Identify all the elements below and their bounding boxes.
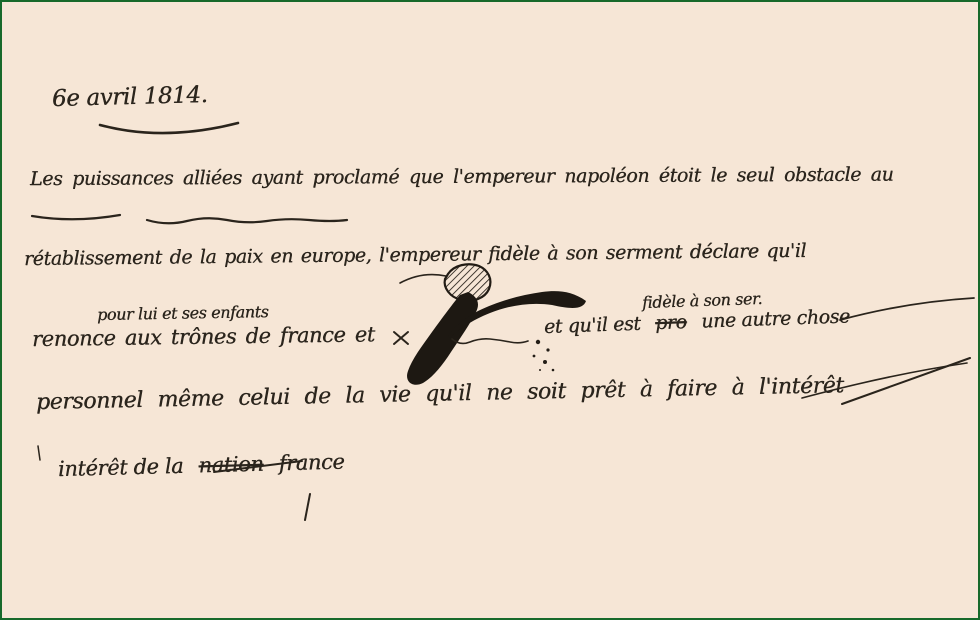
pen-tick xyxy=(38,446,40,460)
manuscript-line-2: rétablissement de la paix en europe, l'e… xyxy=(24,240,806,270)
france-descender xyxy=(305,494,310,520)
x-pen-mark xyxy=(394,332,408,344)
date-line: 6e avril 1814. xyxy=(52,82,208,112)
manuscript-page: 6e avril 1814. Les puissances alliées ay… xyxy=(0,0,980,620)
line4-flourish xyxy=(842,358,970,404)
manuscript-line-1: Les puissances alliées ayant proclamé qu… xyxy=(30,163,894,190)
line-5-text: intérêt de la xyxy=(58,454,184,481)
ink-blot-cap xyxy=(445,264,491,301)
manuscript-line-4: personnel même celui de la vie qu'il ne … xyxy=(36,373,844,415)
ink-blot-left-arm xyxy=(407,292,478,385)
line-3-right-text: et qu'il est xyxy=(544,313,641,338)
interline-insertion-left: pour lui et ses enfants xyxy=(97,302,269,324)
pen-connector-stroke xyxy=(400,275,446,283)
manuscript-line-3-left: renonce aux trônes de france et xyxy=(32,322,375,351)
line-3-right-text: une autre chose xyxy=(701,305,850,332)
line1-wavy-underline xyxy=(147,218,347,223)
date-underline xyxy=(100,123,238,133)
struck-word: pro xyxy=(655,311,687,334)
line-5-text: france xyxy=(278,450,344,476)
manuscript-line-5: intérêt de la nation france xyxy=(58,450,345,481)
squiggle-under-blot xyxy=(452,339,528,344)
manuscript-line-3-right: et qu'il est pro une autre chose xyxy=(544,305,851,338)
struck-word-nation: nation xyxy=(198,452,264,478)
line3-flourish xyxy=(840,298,974,320)
line1-underline xyxy=(32,215,120,219)
ink-splatter xyxy=(533,340,555,372)
